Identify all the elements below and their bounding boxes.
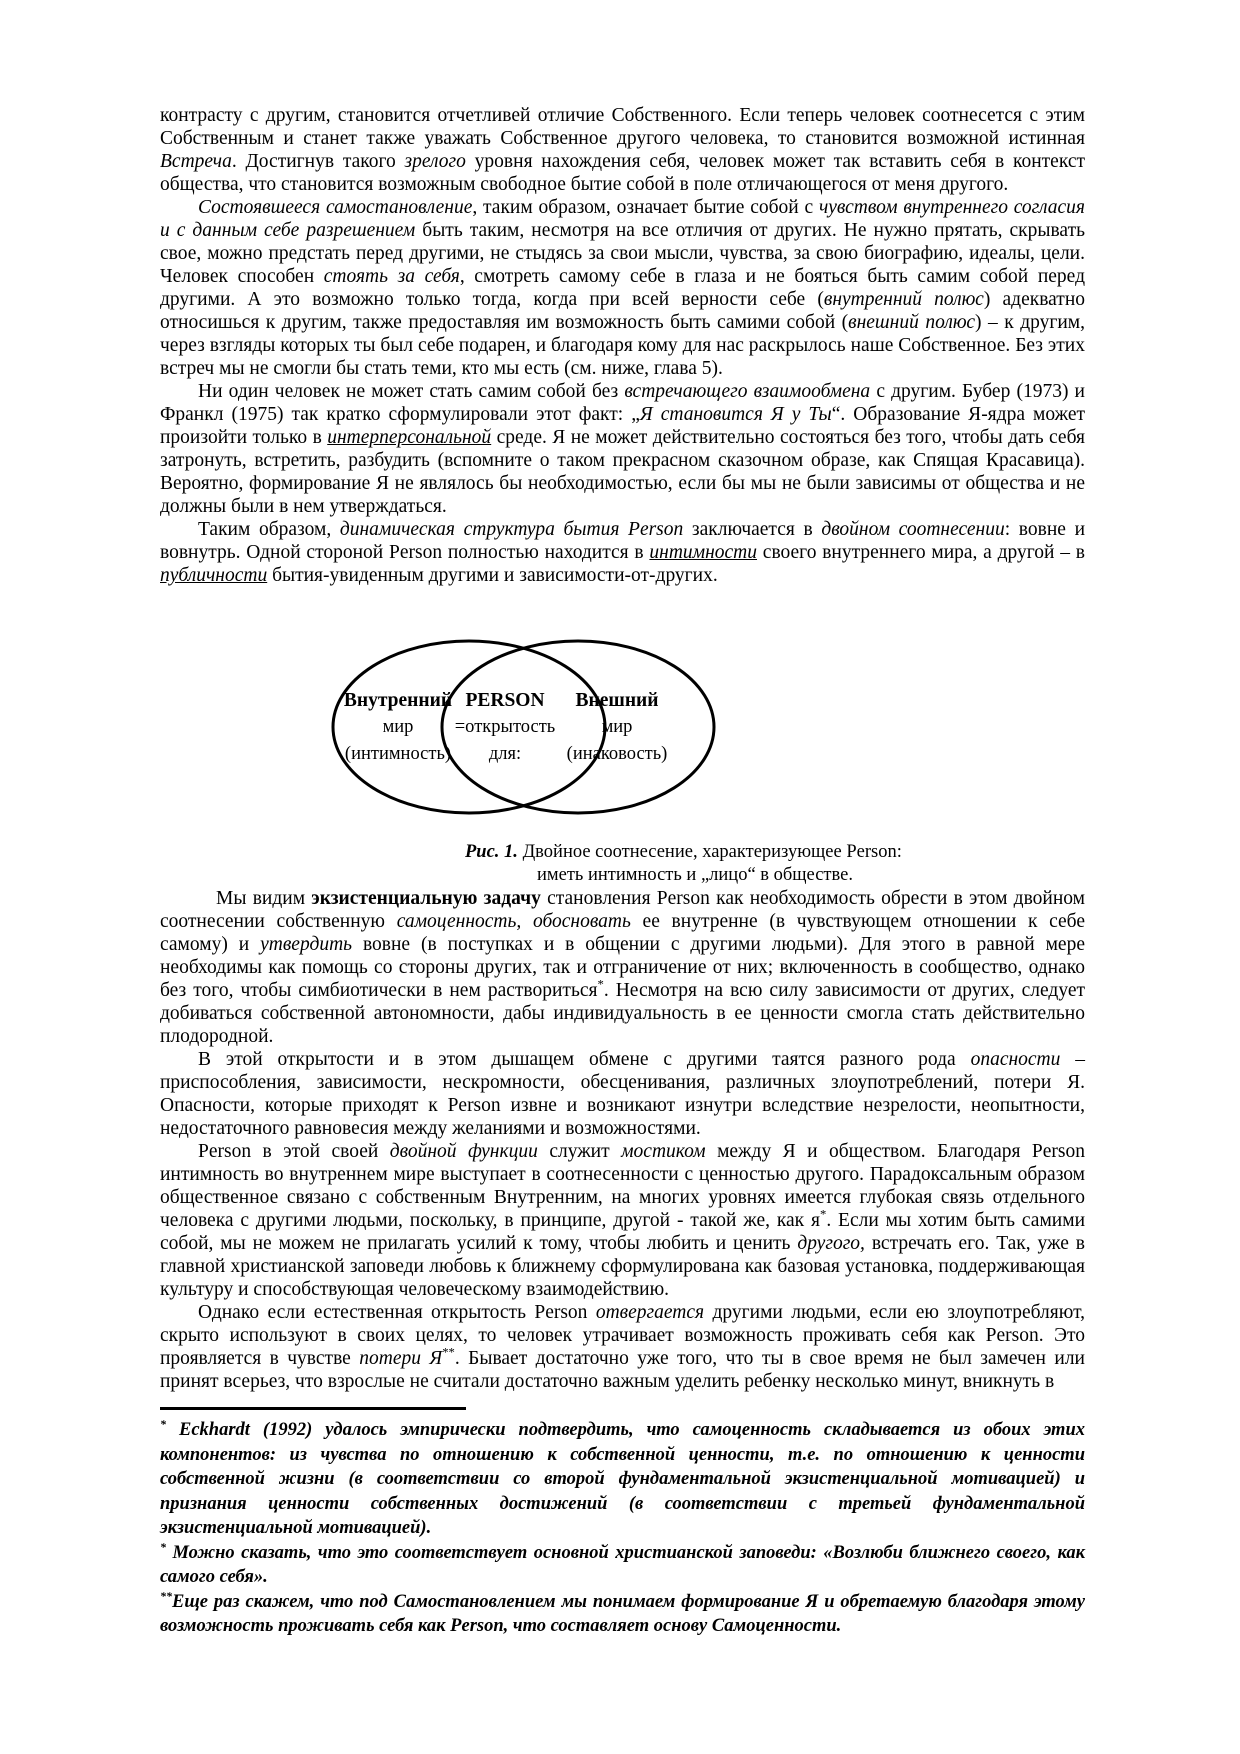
body-paragraph: Person в этой своей двойной функции служ… (160, 1140, 1085, 1301)
footnote: * Eckhardt (1992) удалось эмпирически по… (160, 1418, 1085, 1541)
body-paragraph: Однако если естественная открытость Pers… (160, 1301, 1085, 1393)
outer-world-line3: (инаковость) (546, 741, 688, 768)
figure-caption-line2: иметь интимность и „лицо“ в обществе. (537, 864, 1085, 887)
body-paragraph: Таким образом, динамическая структура бы… (160, 518, 1085, 587)
footnote-separator (160, 1407, 466, 1410)
figure-caption-line1: Рис. 1. Двойное соотнесение, характеризу… (465, 841, 1085, 864)
body-paragraph: Состоявшееся самостановление, таким обра… (160, 196, 1085, 380)
outer-world-line2: мир (546, 714, 688, 741)
body-paragraph: Ни один человек не может стать самим соб… (160, 380, 1085, 518)
body-paragraph: контрасту с другим, становится отчетливе… (160, 104, 1085, 196)
venn-label-outer-world: Внешний мир (инаковость) (546, 687, 688, 768)
figure-caption-label: Рис. 1. (465, 842, 518, 862)
figure-caption-text: Двойное соотнесение, характеризующее Per… (523, 842, 902, 862)
footnote: * Можно сказать, что это соответствует о… (160, 1541, 1085, 1590)
figure-caption: Рис. 1. Двойное соотнесение, характеризу… (160, 841, 1085, 887)
venn-diagram: Внутренний мир (интимность) PERSON =откр… (330, 637, 718, 819)
outer-world-title: Внешний (546, 687, 688, 714)
document-page: контрасту с другим, становится отчетливе… (0, 0, 1240, 1754)
footnote: **Еще раз скажем, что под Самостановлени… (160, 1590, 1085, 1639)
body-paragraph: В этой открытости и в этом дышащем обмен… (160, 1048, 1085, 1140)
body-paragraph: Мы видим экзистенциальную задачу становл… (160, 887, 1085, 1048)
